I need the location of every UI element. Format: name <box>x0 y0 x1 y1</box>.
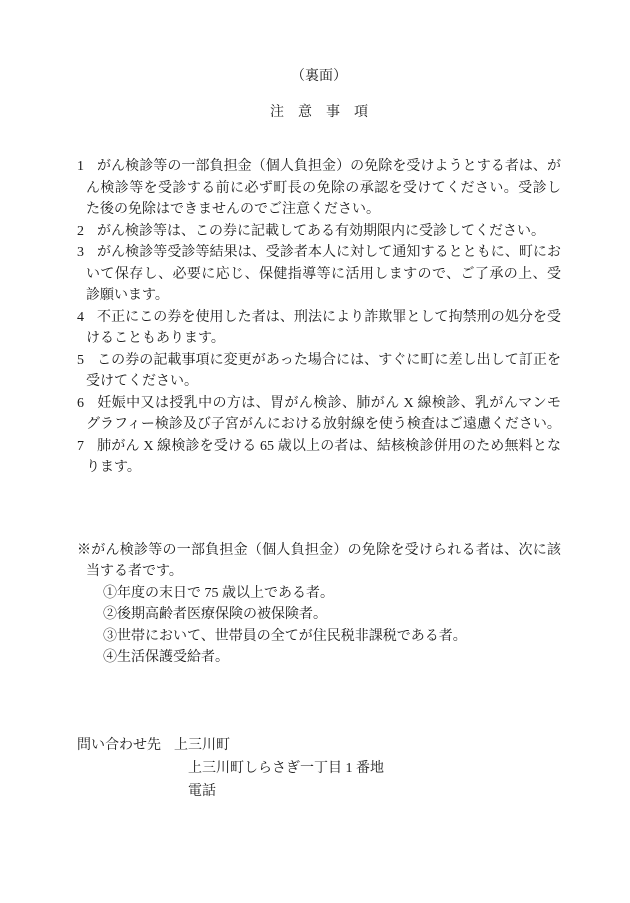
document-page: （裏面） 注 意 事 項 1がん検診等の一部負担金（個人負担金）の免除を受けよう… <box>0 0 630 903</box>
note-text: がん検診等の一部負担金（個人負担金）の免除を受けようとする者は、がん検診等を受診… <box>86 159 561 217</box>
note-item-7: 7肺がん X 線検診を受ける 65 歳以上の者は、結核検診併用のため無料となりま… <box>86 436 561 479</box>
note-text: 肺がん X 線検診を受ける 65 歳以上の者は、結核検診併用のため無料となります… <box>86 439 561 476</box>
exemption-item-2: ②後期高齢者医療保険の被保険者。 <box>103 604 561 626</box>
note-number: 4 <box>77 310 84 325</box>
note-text: 妊娠中又は授乳中の方は、胃がん検診、肺がん X 線検診、乳がんマンモグラフィー検… <box>86 396 561 433</box>
note-text: がん検診等受診等結果は、受診者本人に対して通知するとともに、町において保存し、必… <box>86 245 561 303</box>
exemption-item-4: ④生活保護受給者。 <box>103 647 561 669</box>
note-text: がん検診等は、この券に記載してある有効期限内に受診してください。 <box>97 224 545 239</box>
note-item-5: 5この券の記載事項に変更があった場合には、すぐに町に差し出して訂正を受けてくださ… <box>86 350 561 393</box>
note-item-2: 2がん検診等は、この券に記載してある有効期限内に受診してください。 <box>86 221 561 243</box>
contact-label: 問い合わせ先 <box>77 738 161 753</box>
contact-town-name: 上三川町 <box>174 738 230 753</box>
notes-list: 1がん検診等の一部負担金（個人負担金）の免除を受けようとする者は、がん検診等を受… <box>77 156 561 479</box>
exemption-item-1: ①年度の末日で 75 歳以上である者。 <box>103 583 561 605</box>
page-title: 注 意 事 項 <box>77 102 561 124</box>
exemption-items: ①年度の末日で 75 歳以上である者。 ②後期高齢者医療保険の被保険者。 ③世帯… <box>103 583 561 669</box>
contact-phone-label: 電話 <box>188 780 561 803</box>
note-number: 5 <box>77 353 84 368</box>
contact-address: 上三川町しらさぎ一丁目 1 番地 <box>188 757 561 780</box>
note-item-3: 3がん検診等受診等結果は、受診者本人に対して通知するとともに、町において保存し、… <box>86 242 561 307</box>
contact-line-office: 問い合わせ先上三川町 <box>77 734 561 757</box>
exemption-section: ※がん検診等の一部負担金（個人負担金）の免除を受けられる者は、次に該当する者です… <box>77 540 561 669</box>
note-item-1: 1がん検診等の一部負担金（個人負担金）の免除を受けようとする者は、がん検診等を受… <box>86 156 561 221</box>
note-text: この券の記載事項に変更があった場合には、すぐに町に差し出して訂正を受けてください… <box>86 353 561 390</box>
note-number: 6 <box>77 396 84 411</box>
note-number: 3 <box>77 245 84 260</box>
note-number: 1 <box>77 159 84 174</box>
note-item-6: 6妊娠中又は授乳中の方は、胃がん検診、肺がん X 線検診、乳がんマンモグラフィー… <box>86 393 561 436</box>
backside-label: （裏面） <box>77 66 561 88</box>
exemption-item-3: ③世帯において、世帯員の全てが住民税非課税である者。 <box>103 626 561 648</box>
note-number: 2 <box>77 224 84 239</box>
note-text: 不正にこの券を使用した者は、刑法により詐欺罪として拘禁刑の処分を受けることもあり… <box>86 310 561 347</box>
note-item-4: 4不正にこの券を使用した者は、刑法により詐欺罪として拘禁刑の処分を受けることもあ… <box>86 307 561 350</box>
note-number: 7 <box>77 439 84 454</box>
exemption-lead: ※がん検診等の一部負担金（個人負担金）の免除を受けられる者は、次に該当する者です… <box>86 540 561 583</box>
contact-section: 問い合わせ先上三川町 上三川町しらさぎ一丁目 1 番地 電話 <box>77 734 561 803</box>
